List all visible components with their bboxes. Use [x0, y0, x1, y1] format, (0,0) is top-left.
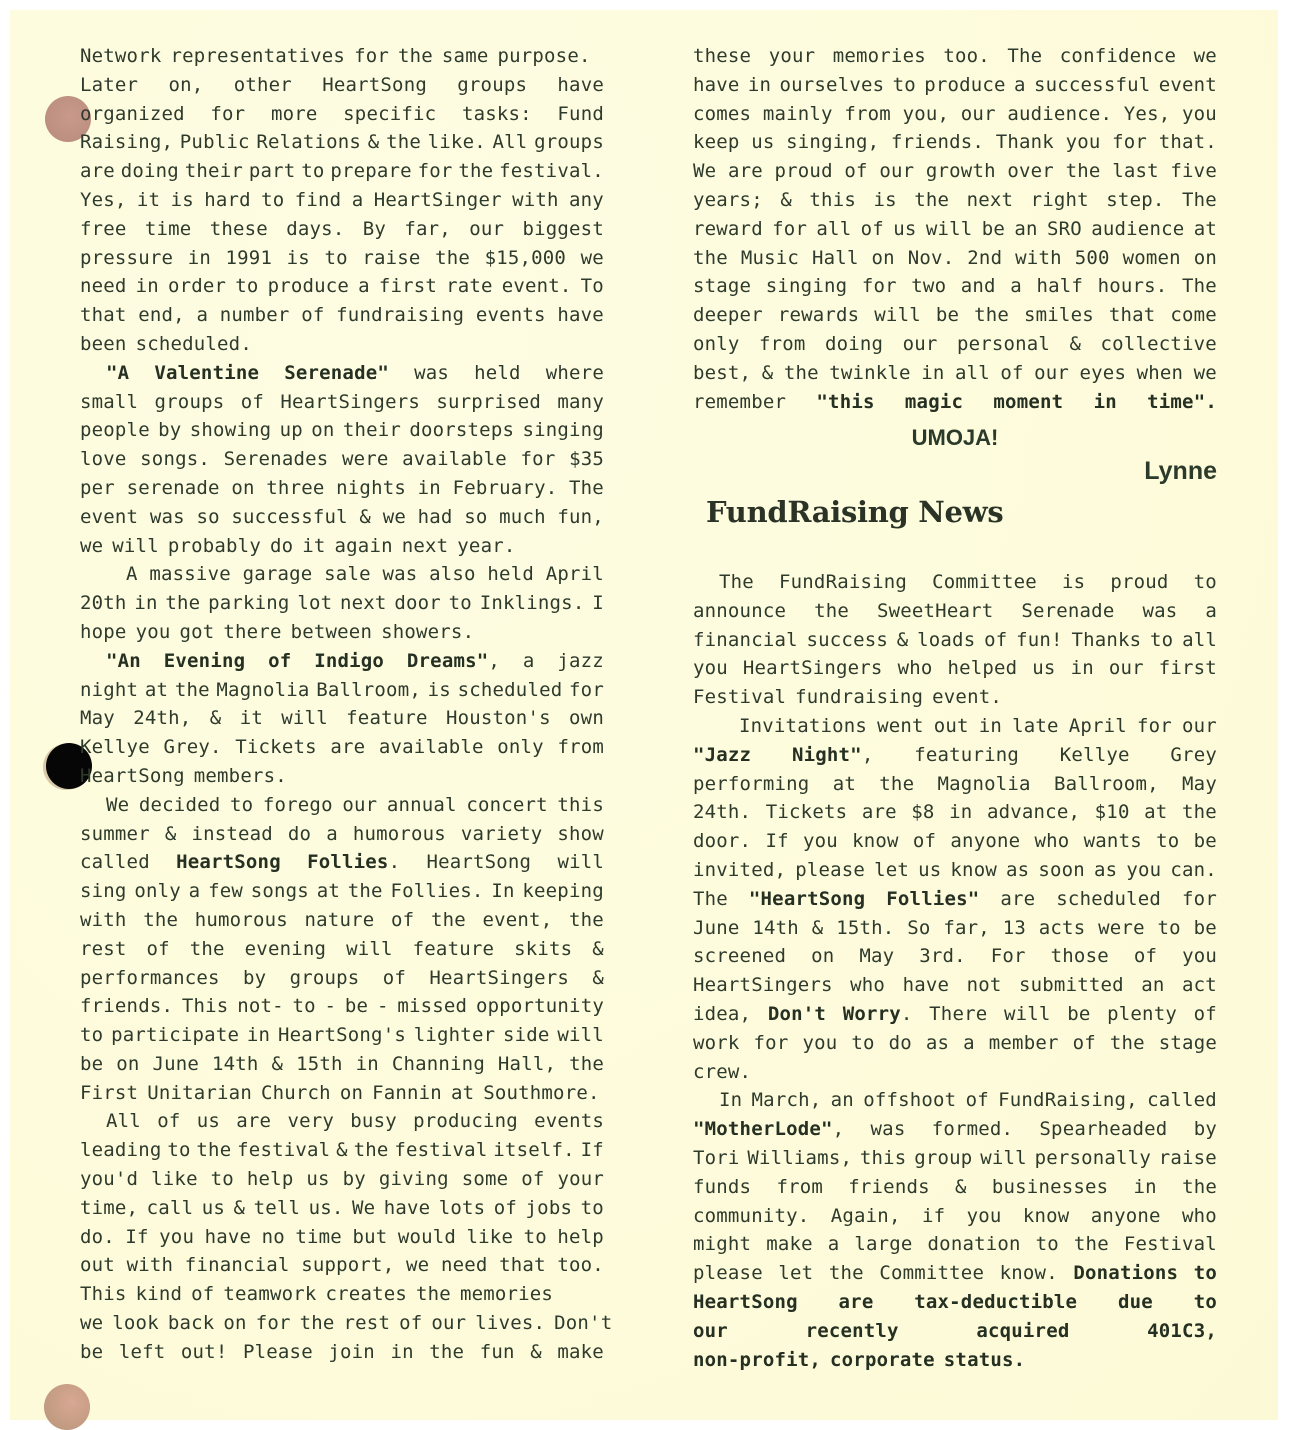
word: us — [197, 1107, 220, 1136]
word: annual — [387, 791, 457, 820]
word: Thank — [996, 128, 1054, 157]
word: showers. — [381, 618, 474, 647]
word: in — [1134, 1173, 1157, 1202]
word: Magnolia — [938, 770, 1031, 799]
word: you — [1126, 856, 1161, 885]
text-line: 20thintheparkinglotnextdoortoInklings.I — [80, 589, 604, 618]
word: to — [1194, 568, 1217, 597]
word: Music — [741, 244, 799, 273]
word: performing — [693, 770, 809, 799]
word: not- — [237, 992, 284, 1021]
word: HeartSingers — [743, 654, 883, 683]
word: jazz — [557, 647, 604, 676]
word: with — [80, 906, 127, 935]
word: join — [328, 1338, 375, 1367]
word: the — [458, 157, 493, 186]
word: proud — [1110, 568, 1168, 597]
word: Indigo — [314, 647, 384, 676]
word: in — [418, 474, 441, 503]
word: at — [1194, 215, 1217, 244]
word: let — [778, 1259, 813, 1288]
word: FundRaising — [779, 568, 907, 597]
word: doing — [121, 157, 179, 186]
word: night — [80, 676, 138, 705]
word: as — [1006, 856, 1029, 885]
word: for — [754, 1029, 789, 1058]
word: we — [383, 503, 406, 532]
word: to — [261, 186, 284, 215]
word: stage — [693, 272, 751, 301]
word: representatives — [170, 42, 345, 71]
word: & — [210, 704, 222, 733]
word: busy — [350, 1107, 397, 1136]
word: years; — [693, 186, 763, 215]
word: rewards — [778, 301, 859, 330]
word: a — [523, 647, 535, 676]
word: that — [499, 1251, 546, 1280]
word: us — [918, 856, 941, 885]
text-line: The"HeartSongFollies"arescheduledfor — [693, 885, 1217, 914]
word: own — [569, 704, 604, 733]
word: for — [1112, 128, 1147, 157]
word: businesses — [992, 1173, 1108, 1202]
word: to — [235, 272, 258, 301]
word: audience. — [1007, 100, 1112, 129]
word: If — [581, 1136, 604, 1165]
word: Ballroom, — [1054, 770, 1159, 799]
word: Dreams", — [407, 647, 500, 676]
word: HeartSingers — [280, 388, 420, 417]
word: March, — [752, 1086, 822, 1115]
word: Public — [180, 128, 250, 157]
text-line: idea,Don'tWorry.Therewillbeplentyof — [693, 1000, 1217, 1029]
word: will — [281, 704, 328, 733]
word: In — [491, 877, 514, 906]
word: festival — [237, 1136, 330, 1165]
word: we — [581, 244, 604, 273]
word: are — [862, 798, 897, 827]
word: twinkle — [829, 359, 910, 388]
word: & — [762, 359, 774, 388]
word: door — [394, 589, 441, 618]
word: in — [134, 589, 157, 618]
word: HeartSong — [80, 762, 185, 791]
word: Again, — [831, 1202, 901, 1231]
word: keep — [693, 128, 740, 157]
word: a — [196, 301, 208, 330]
word: events — [534, 1107, 604, 1136]
word: member — [989, 1029, 1059, 1058]
word: of — [147, 935, 170, 964]
word: forego — [263, 791, 333, 820]
word: same — [442, 42, 489, 71]
word: the — [196, 1136, 231, 1165]
word: all — [955, 359, 990, 388]
word: we — [1194, 359, 1217, 388]
word: the — [814, 597, 849, 626]
word: other — [234, 71, 292, 100]
word: By — [363, 215, 386, 244]
word: raise — [1159, 1144, 1217, 1173]
text-line: Weareproudofourgrowthoverthelastfive — [693, 157, 1217, 186]
word: is — [428, 676, 451, 705]
word: you — [693, 654, 728, 683]
word: produce — [924, 71, 1005, 100]
word: hope — [80, 618, 127, 647]
word: number — [220, 301, 290, 330]
word: was — [1142, 597, 1177, 626]
word: will — [1004, 1000, 1051, 1029]
word: confidence — [1060, 42, 1176, 71]
word: in — [949, 798, 972, 827]
text-line: time,callus&tellus.Wehavelotsofjobsto — [80, 1194, 604, 1223]
word: HeartSinger — [374, 186, 502, 215]
word: of — [913, 827, 936, 856]
word: that. — [1159, 128, 1217, 157]
text-line: Thiskindofteamworkcreatesthememories — [80, 1280, 604, 1309]
word: only — [693, 330, 740, 359]
word: end, — [138, 301, 185, 330]
word: know — [1023, 1202, 1070, 1231]
word: only — [497, 733, 544, 762]
word: personal — [957, 330, 1050, 359]
word: between — [291, 618, 372, 647]
text-line: HeartSingerswhohavenotsubmittedanact — [693, 971, 1217, 1000]
word: from — [844, 100, 891, 129]
word: event — [1159, 71, 1217, 100]
word: best, — [693, 359, 751, 388]
word: 15th — [296, 1050, 343, 1079]
word: will — [874, 301, 921, 330]
word: missed — [397, 992, 467, 1021]
word: of — [383, 964, 406, 993]
text-line: organizedformorespecifictasks:Fund — [80, 100, 604, 129]
word: We — [693, 157, 716, 186]
word: 401C3, — [1147, 1317, 1217, 1346]
word: rate — [446, 272, 493, 301]
word: of — [157, 1107, 180, 1136]
word: do — [270, 532, 293, 561]
word: the — [1066, 157, 1101, 186]
word: more — [271, 100, 318, 129]
word: year. — [457, 532, 515, 561]
word: time — [145, 215, 192, 244]
word: corporate — [830, 1346, 935, 1375]
word: Later — [80, 71, 138, 100]
word: Worry. — [843, 1000, 913, 1029]
word: songs. — [140, 445, 210, 474]
word: wants — [1084, 827, 1142, 856]
word: $8 — [911, 798, 934, 827]
word: these — [210, 215, 268, 244]
word: SRO — [1047, 215, 1082, 244]
word: event. — [932, 683, 1002, 712]
word: fundraising — [336, 301, 464, 330]
word: $35 — [569, 445, 604, 474]
word: group — [914, 1144, 972, 1173]
word: summer — [80, 820, 150, 849]
word: this — [860, 1144, 907, 1173]
word: for — [772, 215, 807, 244]
word: few — [208, 877, 243, 906]
word: of — [966, 1086, 989, 1115]
word: June — [152, 1050, 199, 1079]
word: May — [859, 942, 894, 971]
word: lot — [297, 589, 332, 618]
word: singing, — [786, 128, 879, 157]
word: Committee — [879, 1259, 984, 1288]
word: who — [850, 971, 885, 1000]
text-line: performingattheMagnoliaBallroom,May — [693, 770, 1217, 799]
word: Serenade — [1021, 597, 1114, 626]
text-line: onlyfromdoingourpersonal&collective — [693, 330, 1217, 359]
word: Fannin — [372, 1079, 442, 1108]
word: us — [1032, 654, 1055, 683]
word: If — [125, 1223, 148, 1252]
word: Spearheaded — [1039, 1115, 1167, 1144]
word: Serenades — [224, 445, 329, 474]
word: to — [211, 1165, 234, 1194]
word: If — [765, 827, 788, 856]
word: the — [416, 1280, 451, 1309]
word: $10 — [1095, 798, 1130, 827]
word: be — [80, 1338, 103, 1367]
word: Relations — [256, 128, 361, 157]
word: fun! — [1016, 626, 1063, 655]
word: a — [828, 1230, 840, 1259]
word: helped — [947, 654, 1017, 683]
word: sale — [324, 560, 371, 589]
word: this — [557, 791, 604, 820]
text-line: outwithfinancialsupport,weneedthattoo. — [80, 1251, 604, 1280]
word: but — [352, 1223, 387, 1252]
word: reward — [693, 215, 763, 244]
word: & — [530, 1338, 542, 1367]
word: know. — [1000, 1259, 1058, 1288]
word: of — [984, 626, 1007, 655]
word: on — [811, 942, 834, 971]
word: our — [431, 1309, 466, 1338]
word: let — [874, 856, 909, 885]
word: Williams, — [747, 1144, 852, 1173]
word: remember — [693, 388, 786, 417]
closing-block: UMOJA! Lynne — [693, 424, 1217, 489]
word: lives. — [475, 1309, 545, 1338]
word: funds — [693, 1173, 751, 1202]
word: SweetHeart — [877, 597, 993, 626]
text-line: announcetheSweetHeartSerenadewasa — [693, 597, 1217, 626]
word: step. — [1106, 186, 1164, 215]
word: & — [272, 1050, 284, 1079]
word: There — [929, 1000, 987, 1029]
text-line: Raising,PublicRelations&thelike.Allgroup… — [80, 128, 604, 157]
word: 20th — [80, 589, 127, 618]
word: collective — [1101, 330, 1217, 359]
word: Don't — [768, 1000, 826, 1029]
word: status. — [944, 1346, 1025, 1375]
word: their — [185, 157, 243, 186]
word: we — [406, 1251, 429, 1280]
text-line: nightattheMagnoliaBallroom,isscheduledfo… — [80, 676, 604, 705]
text-line: withthehumorousnatureoftheevent,the — [80, 906, 604, 935]
word: a — [189, 877, 201, 906]
word: nature — [305, 906, 375, 935]
word: The — [1007, 42, 1042, 71]
word: first — [379, 272, 437, 301]
word: of — [268, 647, 291, 676]
word: comes — [693, 100, 751, 129]
word: the — [914, 186, 949, 215]
word: jobs — [526, 1194, 573, 1223]
word: stage — [1159, 1029, 1217, 1058]
word: fun, — [557, 503, 604, 532]
text-line: mightmakealargedonationtotheFestival — [693, 1230, 1217, 1259]
word: time, — [80, 1194, 138, 1223]
word: 14th — [212, 1050, 259, 1079]
word: be — [345, 992, 368, 1021]
word: Follies. — [390, 877, 483, 906]
word: back — [168, 1309, 215, 1338]
word: 24th, — [133, 704, 191, 733]
word: singing — [522, 416, 603, 445]
text-line: lovesongs.Serenadeswereavailablefor$35 — [80, 445, 604, 474]
word: many — [557, 388, 604, 417]
word: non-profit, — [693, 1346, 821, 1375]
word: held — [487, 560, 534, 589]
word: three — [266, 474, 324, 503]
word: sing — [80, 877, 127, 906]
text-line: "AValentineSerenade"washeldwhere — [80, 359, 604, 388]
text-line: keepussinging,friends.Thankyouforthat. — [693, 128, 1217, 157]
word: you, — [903, 100, 950, 129]
word: Night", — [792, 741, 873, 770]
word: help — [247, 1165, 294, 1194]
word: the — [165, 589, 200, 618]
word: successful — [1034, 71, 1150, 100]
word: feature — [413, 935, 494, 964]
word: For — [991, 942, 1026, 971]
word: can. — [1170, 856, 1217, 885]
word: an — [1014, 215, 1037, 244]
word: Invitations — [739, 712, 867, 741]
word: February. — [453, 474, 558, 503]
word: - — [377, 992, 389, 1021]
word: serenade — [127, 474, 220, 503]
word: to — [167, 1136, 190, 1165]
word: This — [80, 1280, 127, 1309]
word: Thanks — [1071, 626, 1141, 655]
word: called — [1147, 1086, 1217, 1115]
text-line: crew. — [693, 1058, 1217, 1087]
word: of — [1194, 1000, 1217, 1029]
word: two — [911, 272, 946, 301]
word: left — [119, 1338, 166, 1367]
word: songs — [251, 877, 309, 906]
word: Tickets — [235, 733, 316, 762]
word: if — [922, 1202, 945, 1231]
word: from — [557, 733, 604, 762]
word: HeartSong's — [278, 1021, 406, 1050]
word: & — [368, 128, 380, 157]
word: Grey — [1170, 741, 1217, 770]
text-line: do.Ifyouhavenotimebutwouldliketohelp — [80, 1223, 604, 1252]
word: were — [1098, 914, 1145, 943]
word: be — [936, 301, 959, 330]
word: HeartSong — [693, 1288, 798, 1317]
text-line: "AnEveningofIndigoDreams",ajazz — [80, 647, 604, 676]
word: a — [352, 186, 364, 215]
word: was — [382, 560, 417, 589]
word: "this — [816, 388, 874, 417]
word: 2nd — [967, 244, 1002, 273]
word: that — [80, 301, 127, 330]
word: the — [693, 244, 728, 273]
word: call — [147, 1194, 194, 1223]
word: specific — [343, 100, 436, 129]
word: support, — [301, 1251, 394, 1280]
text-line: 24th.Ticketsare$8inadvance,$10atthe — [693, 798, 1217, 827]
word: parking — [208, 589, 289, 618]
word: our — [469, 215, 504, 244]
word: last — [1112, 157, 1159, 186]
word: free — [80, 215, 127, 244]
word: Don't — [554, 1309, 612, 1338]
word: audience — [1091, 215, 1184, 244]
word: these — [693, 42, 751, 71]
word: humorous — [353, 820, 446, 849]
text-line: summer&insteaddoahumorousvarietyshow — [80, 820, 604, 849]
word: memories — [833, 42, 926, 71]
word: purpose. — [497, 42, 590, 71]
word: we — [1194, 42, 1217, 71]
text-line: pleaselettheCommitteeknow.Donationsto — [693, 1259, 1217, 1288]
word: like. — [428, 128, 486, 157]
word: event. — [502, 272, 572, 301]
section-title-fundraising-news: FundRaising News — [706, 495, 1003, 529]
word: a — [963, 1029, 975, 1058]
word: it — [240, 704, 263, 733]
word: evening — [245, 935, 326, 964]
word: will — [557, 848, 604, 877]
word: to — [893, 71, 916, 100]
text-line: HeartSongmembers. — [80, 762, 604, 791]
word: that — [1109, 301, 1156, 330]
word: lots — [439, 1194, 486, 1223]
word: the — [569, 1050, 604, 1079]
word: are — [80, 157, 115, 186]
word: "HeartSong — [749, 885, 865, 914]
word: over — [1007, 157, 1054, 186]
word: our — [693, 1317, 728, 1346]
word: is — [171, 186, 194, 215]
word: Channing — [392, 1050, 485, 1079]
word: the — [1074, 1230, 1109, 1259]
word: We — [106, 791, 129, 820]
word: in — [1071, 654, 1094, 683]
word: May — [80, 704, 115, 733]
word: HeartSingers — [693, 971, 833, 1000]
word: "An — [106, 647, 141, 676]
word: to — [1194, 1288, 1217, 1317]
word: would — [398, 1223, 456, 1252]
word: our — [1034, 359, 1069, 388]
text-line: Allofusareverybusyproducingevents — [80, 1107, 604, 1136]
word: to — [524, 1223, 547, 1252]
text-line: theseyourmemoriestoo.Theconfidencewe — [693, 42, 1217, 71]
word: will — [980, 1144, 1027, 1173]
word: act — [1182, 971, 1217, 1000]
text-line: ourrecentlyacquired401C3, — [693, 1317, 1217, 1346]
